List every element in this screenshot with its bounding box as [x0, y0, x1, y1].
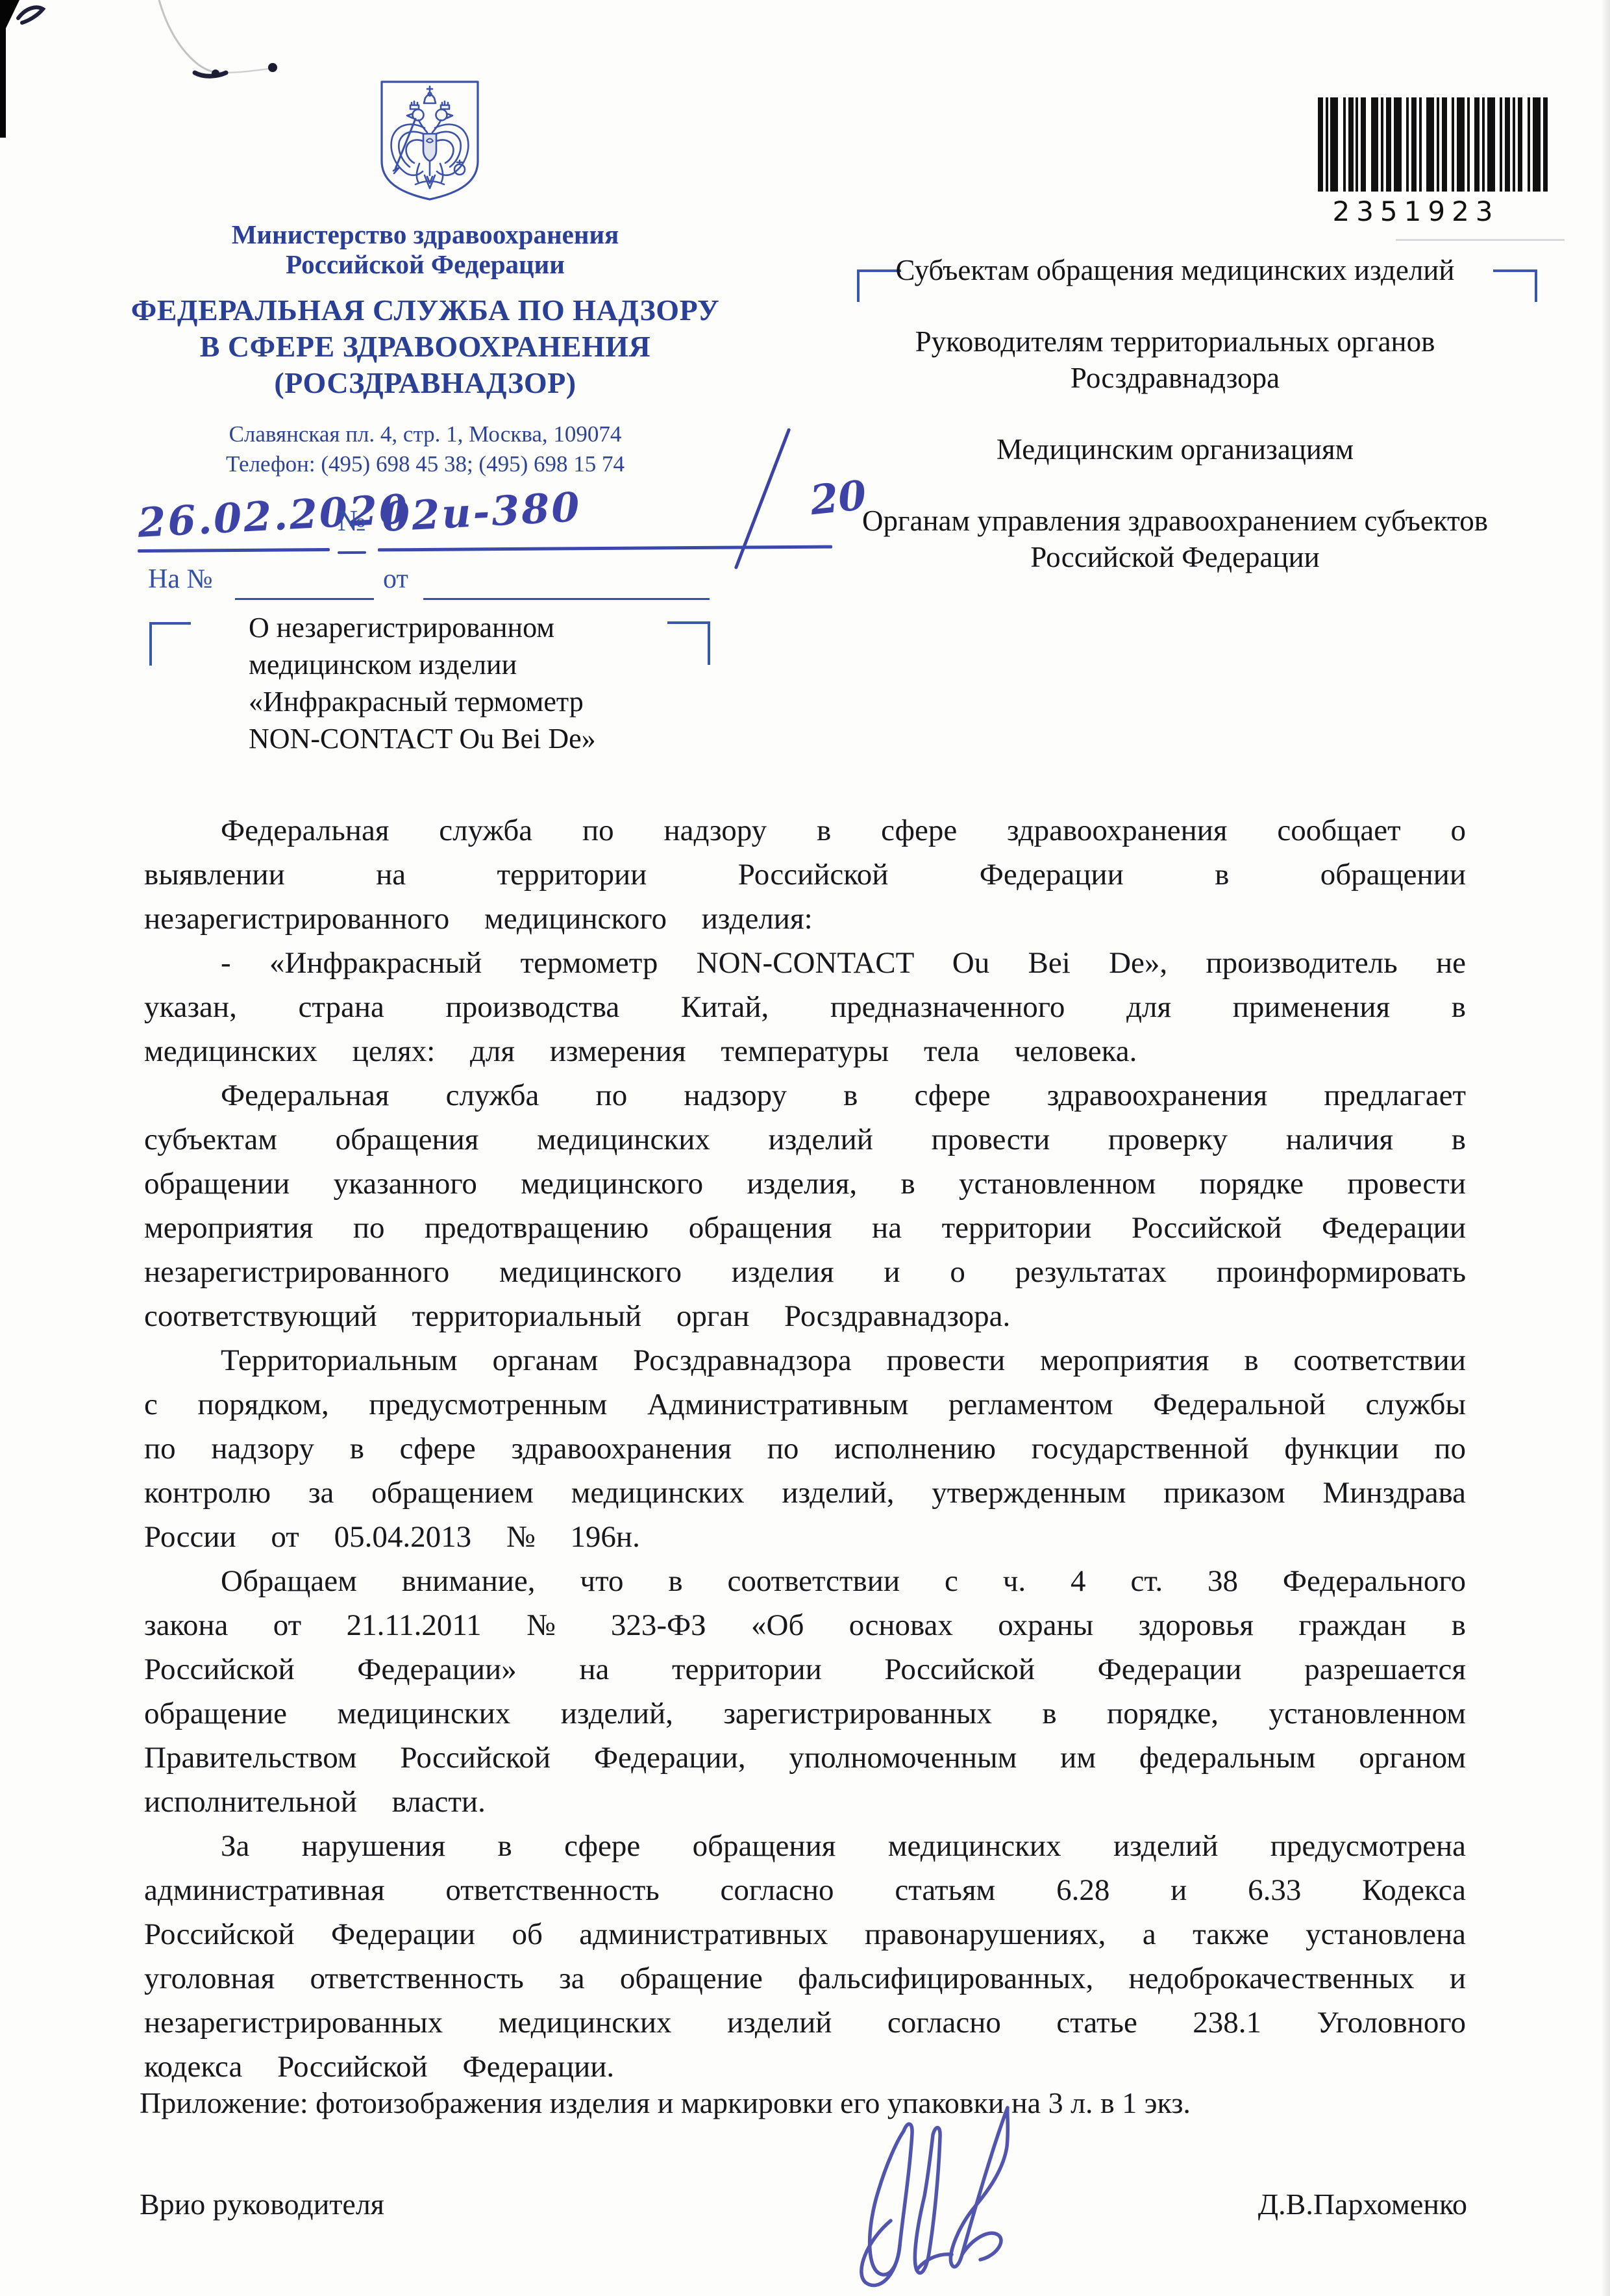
ministry-name-line2: Российской Федерации [101, 249, 750, 279]
reg-sign-underline [338, 551, 366, 554]
signature-stroke [805, 2064, 1052, 2296]
recipient-item: Руководителям территориальных органов Ро… [837, 323, 1513, 396]
body-paragraph: Обращаем внимание, что в соответствии с … [144, 1559, 1466, 1824]
reg-number-underline [378, 545, 832, 552]
corner-mark-subject-right-v [708, 621, 710, 665]
subject-line: «Инфракрасный термометр [249, 683, 690, 720]
barcode-number: 2351923 [1318, 195, 1514, 227]
body-paragraph: Территориальным органам Росздравнадзора … [144, 1338, 1466, 1559]
reply-ref-underline-1 [235, 598, 374, 600]
letter-body: Федеральная служба по надзору в сфере зд… [144, 808, 1466, 2089]
subject-line: О незарегистрированном [249, 609, 690, 646]
corner-mark-subject-left-h [149, 622, 191, 625]
org-address: Славянская пл. 4, стр. 1, Москва, 109074 [101, 419, 750, 449]
signer-position: Врио руководителя [140, 2187, 384, 2221]
reply-ref-from: от [383, 564, 408, 595]
service-name-line2: В СФЕРЕ ЗДРАВООХРАНЕНИЯ [101, 329, 750, 365]
service-name-line3: (РОСЗДРАВНАДЗОР) [101, 365, 750, 401]
body-paragraph: Федеральная служба по надзору в сфере зд… [144, 1073, 1466, 1338]
corner-mark-subject-left-v [149, 622, 152, 666]
body-paragraph: За нарушения в сфере обращения медицинск… [144, 1824, 1466, 2089]
org-phone: Телефон: (495) 698 45 38; (495) 698 15 7… [101, 449, 750, 479]
scanned-letter-page: { "document": { "barcode": { "number": "… [0, 0, 1610, 2296]
barcode-bars [1318, 97, 1514, 192]
recipient-item: Органам управления здравоохранением субъ… [837, 503, 1513, 575]
corner-mark-recipients-right-v [1535, 269, 1537, 302]
coat-of-arms-icon [378, 78, 482, 203]
subject-line: медицинском изделии [249, 646, 690, 683]
reg-number-handwritten: 02и-380 [380, 483, 582, 541]
scan-streak [1396, 239, 1565, 241]
reg-date-underline [138, 548, 330, 553]
signer-name: Д.В.Пархоменко [1104, 2187, 1467, 2221]
body-paragraph: Федеральная служба по надзору в сфере зд… [144, 808, 1466, 941]
reply-ref-prefix: На № [148, 564, 213, 595]
recipients-block: Субъектам обращения медицинских изделий … [837, 252, 1513, 610]
ministry-name-line1: Министерство здравоохранения [101, 219, 750, 249]
recipient-item: Субъектам обращения медицинских изделий [837, 252, 1513, 288]
service-name-line1: ФЕДЕРАЛЬНАЯ СЛУЖБА ПО НАДЗОРУ [101, 292, 750, 329]
body-paragraph: - «Инфракрасный термометр NON-CONTACT Ou… [144, 941, 1466, 1073]
reg-date-handwritten: 26.02.2020 [136, 485, 410, 547]
org-header-block: Министерство здравоохранения Российской … [101, 219, 750, 479]
subject-block: О незарегистрированном медицинском издел… [249, 609, 690, 757]
reply-ref-underline-2 [423, 598, 710, 600]
scan-edge-right-shade [1601, 0, 1610, 2296]
subject-line: NON-CONTACT Ou Bei De» [249, 720, 690, 757]
crease-and-pen-marks [0, 0, 338, 169]
reg-number-sign: № [338, 503, 366, 538]
recipient-item: Медицинским организациям [837, 431, 1513, 468]
barcode: 2351923 [1318, 97, 1514, 227]
